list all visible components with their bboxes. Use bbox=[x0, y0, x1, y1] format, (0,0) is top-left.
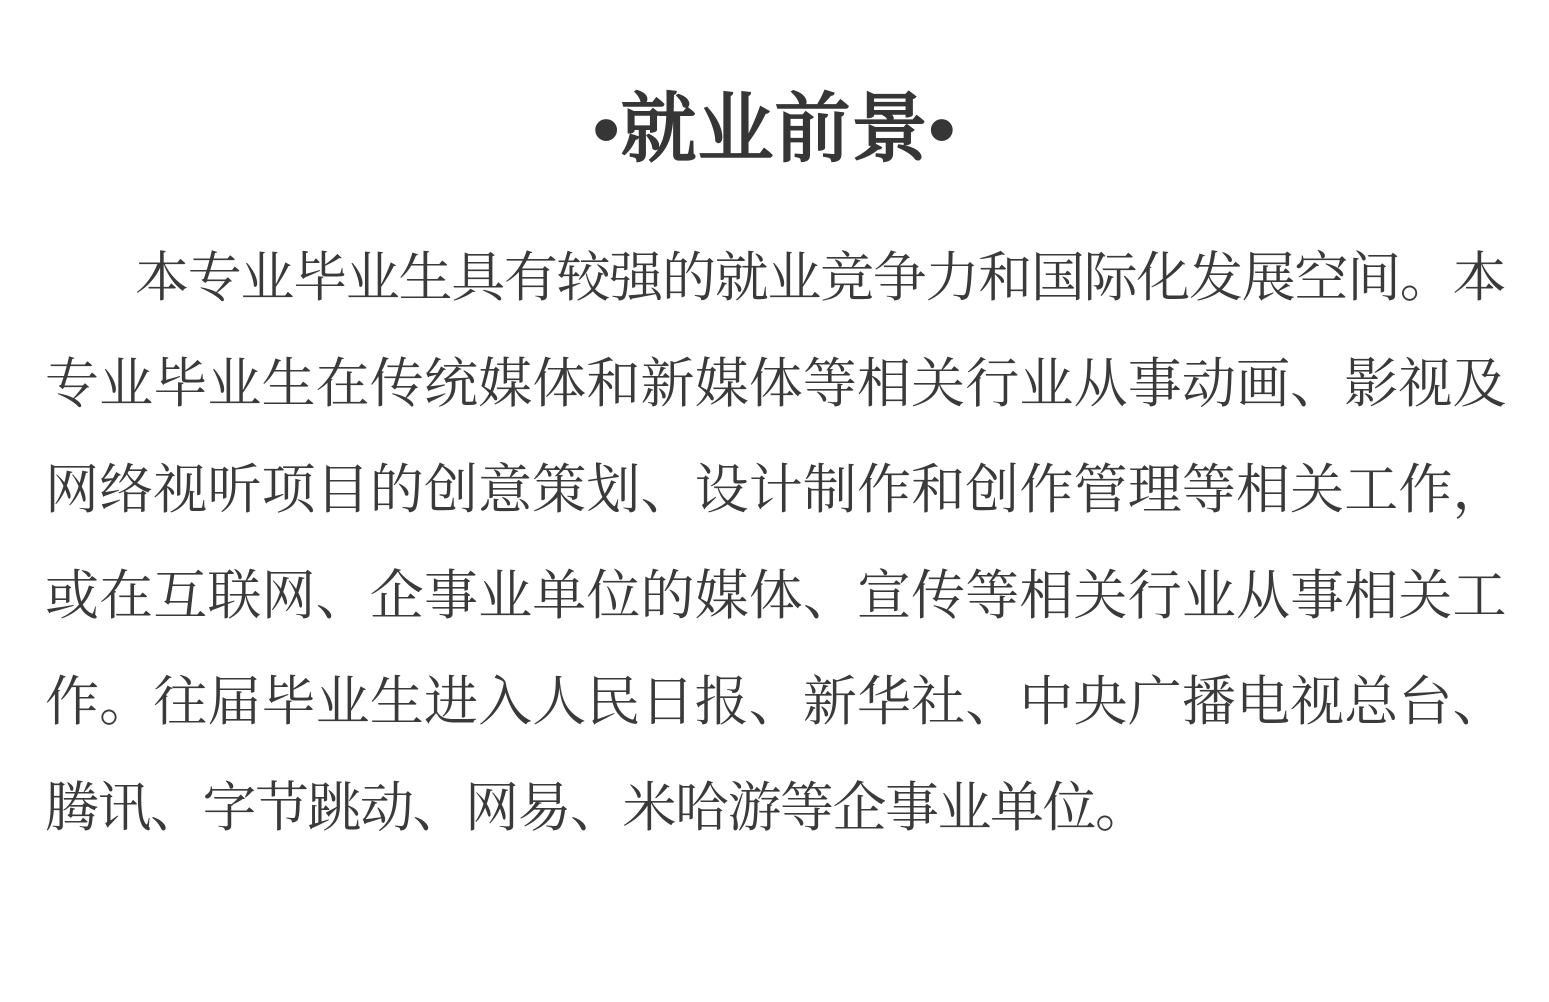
title-left-dot-icon: • bbox=[593, 87, 621, 172]
paragraph-line: 本专业毕业生具有较强的就业竞争力和国际化发展空间。本 bbox=[45, 225, 1505, 331]
paragraph-line: 网络视听项目的创意策划、设计制作和创作管理等相关工作， bbox=[45, 437, 1505, 543]
page-title-text: 就业前景 bbox=[621, 87, 929, 172]
paragraph-line: 作。往届毕业生进入人民日报、新华社、中央广播电视总台、 bbox=[45, 649, 1505, 755]
paragraph-line: 腾讯、字节跳动、网易、米哈游等企事业单位。 bbox=[45, 755, 1505, 861]
title-right-dot-icon: • bbox=[929, 87, 957, 172]
page: •就业前景• 本专业毕业生具有较强的就业竞争力和国际化发展空间。本专业毕业生在传… bbox=[0, 0, 1549, 1002]
paragraph-line: 专业毕业生在传统媒体和新媒体等相关行业从事动画、影视及 bbox=[45, 331, 1505, 437]
page-title: •就业前景• bbox=[0, 82, 1549, 178]
body-paragraph: 本专业毕业生具有较强的就业竞争力和国际化发展空间。本专业毕业生在传统媒体和新媒体… bbox=[0, 225, 1549, 861]
paragraph-line: 或在互联网、企事业单位的媒体、宣传等相关行业从事相关工 bbox=[45, 543, 1505, 649]
